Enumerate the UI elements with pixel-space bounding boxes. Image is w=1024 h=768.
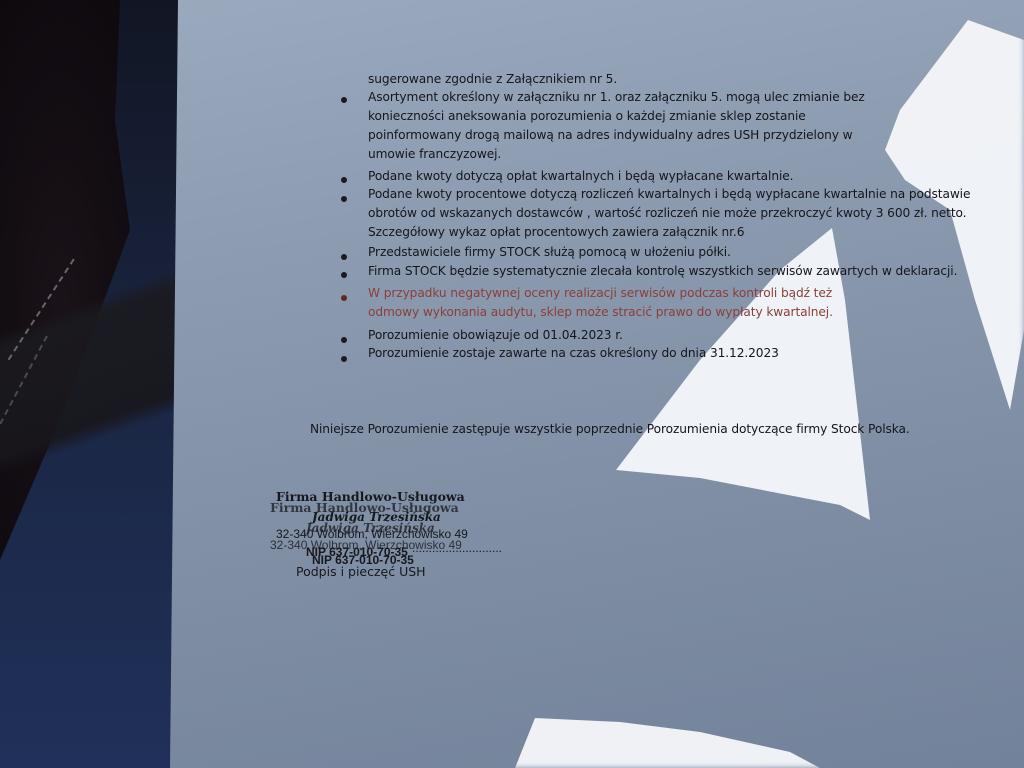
bullet-icon — [341, 97, 347, 103]
photo-scene: sugerowane zgodnie z Załącznikiem nr 5. … — [0, 0, 1024, 768]
bullet-7-line-1: Porozumienie obowiązuje od 01.04.2023 r. — [368, 328, 623, 342]
bullet-1-line-1: Asortyment określony w załączniku nr 1. … — [368, 90, 865, 104]
bullet-icon — [341, 295, 347, 301]
signature-label: Podpis i pieczęć USH — [296, 564, 426, 579]
bullet-icon — [341, 254, 347, 260]
continuation-line: sugerowane zgodnie z Załącznikiem nr 5. — [368, 72, 617, 86]
bullet-6-line-1: W przypadku negatywnej oceny realizacji … — [368, 286, 832, 300]
bullet-icon — [341, 356, 347, 362]
bullet-2-line-1: Podane kwoty dotyczą opłat kwartalnych i… — [368, 169, 793, 183]
bullet-3-line-2: obrotów od wskazanych dostawców , wartoś… — [368, 206, 966, 220]
bullet-4-line-1: Przedstawiciele firmy STOCK służą pomocą… — [368, 245, 731, 259]
closing-statement: Niniejsze Porozumienie zastępuje wszystk… — [310, 422, 910, 436]
bullet-icon — [341, 196, 347, 202]
bullet-1-line-3: poinformowany drogą mailową na adres ind… — [368, 128, 853, 142]
bullet-1-line-2: konieczności aneksowania porozumienia o … — [368, 109, 806, 123]
bullet-3-line-1: Podane kwoty procentowe dotyczą rozlicze… — [368, 187, 970, 201]
bullet-icon — [341, 177, 347, 183]
signature-dots: ........................... — [412, 541, 502, 555]
bullet-6-line-2: odmowy wykonania audytu, sklep może stra… — [368, 305, 833, 319]
bullet-3-line-3: Szczegółowy wykaz opłat procentowych zaw… — [368, 225, 744, 239]
bullet-5-line-1: Firma STOCK będzie systematycznie zlecał… — [368, 264, 957, 278]
bullet-icon — [341, 272, 347, 278]
document-text: sugerowane zgodnie z Załącznikiem nr 5. … — [0, 0, 1024, 768]
bullet-icon — [341, 337, 347, 343]
bullet-8-line-1: Porozumienie zostaje zawarte na czas okr… — [368, 346, 779, 360]
bullet-1-line-4: umowie franczyzowej. — [368, 147, 501, 161]
